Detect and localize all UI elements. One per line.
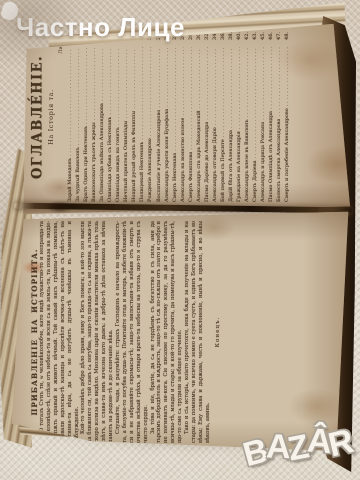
toc-entry-text: За Олимпіада мъйката Александрова [98, 103, 106, 202]
toc-entry-text: Рожденіе Александрово [146, 138, 154, 202]
toc-entry-text: Писмо Даріево до Александра [203, 122, 211, 202]
toc-entry-text: Болесть смертна Александрова [275, 119, 283, 202]
toc-entry-text: Смерть Даріева [251, 160, 259, 202]
toc-entry-text: Александръ ста царь Македонскій [195, 110, 203, 202]
toc-entry: Зарай Македонъ..........................… [66, 32, 74, 202]
toc-leader-dots: ........................................… [227, 47, 235, 128]
toc-entry: Вавилонскытъ трьсетъ жрецы..............… [90, 32, 98, 202]
body-paragraph: За то́ва и ніе, братіе, да сѧ не гордѣем… [150, 221, 185, 443]
toc-entry-text: За чудный Вавилонъ [74, 147, 82, 202]
toc-leader-dots: ........................................… [82, 47, 90, 124]
toc-entry: Нощный русый орелъ въ Филиппы...........… [130, 32, 138, 202]
toc-leader-dots: ........................................… [90, 47, 98, 120]
toc-entry-text: Бой первый съ Персите [219, 139, 227, 202]
toc-entry-text: Олимпіада виждъ на гонитъ [114, 127, 122, 202]
text-page: 160 ПРИБАВЛЕНІЕ НА ИСТОРІИТА. Ѿ тогазъ С… [10, 208, 350, 456]
gutter-stain [46, 201, 74, 213]
toc-entry-text: Смерть и погребеніе Александрово [283, 108, 291, 202]
toc-leader-dots: ........................................… [251, 47, 259, 158]
toc-entry: Олимпіада виждъ на гонитъ...............… [114, 32, 122, 202]
toc-entry-text: Александръ и царица Роксана [259, 122, 267, 202]
toc-entry-text: Писмо Олимпіадѣ отъ Александра [267, 111, 275, 202]
toc-entry: Олимпіада хубава съ Нектенавъ...........… [106, 32, 114, 202]
toc-entry: Александръ и царица Роксана.............… [259, 32, 267, 202]
toc-entry: Александръ отговори Дарію...............… [211, 32, 219, 202]
toc-entry: Воспитаніе и ученіе Александрово........… [155, 32, 163, 202]
toc-entry-text: Полицевый Нектенавъ [138, 142, 146, 202]
toc-leader-dots: ........................................… [283, 47, 291, 106]
toc-leader-dots: ........................................… [275, 47, 283, 117]
toc-entry-page: 42. [243, 32, 251, 45]
toc-leader-dots: ........................................… [259, 47, 267, 120]
toc-leader-dots: ........................................… [74, 47, 82, 145]
toc-leader-dots: ........................................… [130, 47, 138, 109]
toc-entry-page: 45. [259, 32, 267, 45]
text-page-content: 160 ПРИБАВЛЕНІЕ НА ИСТОРІИТА. Ѿ тогазъ С… [10, 208, 350, 456]
body-text: Ѿ тогазъ Сѵнъ ти, ѡ человѣколюбче, като … [39, 221, 212, 443]
toc-entry-text: Смерть Филиппова [187, 152, 195, 202]
toc-leader-dots: ........................................… [114, 47, 122, 125]
toc-leader-dots: ........................................… [98, 47, 106, 101]
toc-leader-dots: ........................................… [106, 47, 114, 115]
toc-entry-text: Нощный русый орелъ въ Филиппы [130, 111, 138, 202]
photo-scene: ОГЛАВЛЕ́НІЕ. На Історія та. Листъ. Зарай… [0, 0, 360, 480]
toc-header: ОГЛАВЛЕ́НІЕ. [29, 32, 45, 202]
watermark-private-person: Частно Лице [16, 12, 185, 43]
toc-leader-dots: ........................................… [219, 47, 227, 137]
toc-entry: Писмо Олимпіадѣ отъ Александра..........… [267, 32, 275, 202]
toc-leader-dots: ........................................… [138, 47, 146, 140]
toc-entry-page: 47. [275, 32, 283, 45]
toc-entry: Смерть и погребеніе Александрово........… [283, 32, 291, 202]
toc-page: ОГЛАВЛЕ́НІЕ. На Історія та. Листъ. Зарай… [20, 22, 350, 214]
toc-leader-dots: ........................................… [155, 47, 163, 108]
toc-entry-text: Воспитаніе и ученіе Александрово [155, 110, 163, 202]
toc-entry-text: Олимпіада хубава съ Нектенавъ [106, 117, 114, 202]
toc-leader-dots: ........................................… [187, 47, 195, 150]
toc-leader-dots: ........................................… [267, 47, 275, 109]
watermark-bazar-logo: BAZÂR [243, 423, 355, 471]
toc-entry: Смерть Нектенава........................… [171, 32, 179, 202]
toc-leader-dots: ........................................… [235, 47, 243, 129]
toc-entry: Дарій бѣга отъ Александра...............… [227, 32, 235, 202]
toc-entry: За чудный Вавилонъ......................… [74, 32, 82, 202]
toc-entry-page: 46. [267, 32, 275, 45]
toc-entry-text: Александръ укроти коня Буцефала [163, 109, 171, 202]
toc-entry-text: Смерть Нектенава [171, 153, 179, 202]
toc-entry-page: 40. [235, 32, 243, 45]
body-paragraph: Кой-то человѣкъ добро дѣло прави, нему и… [80, 221, 115, 443]
toc-entry-text: Нечтный приятель Олимпіады [122, 121, 130, 202]
toc-entry: Александръ на воинство излезе...........… [179, 32, 187, 202]
toc-entry: Писмо Даріево до Александра.............… [203, 32, 211, 202]
appendix-header: ПРИБАВЛЕНІЕ НА ИСТОРІИТА. [30, 221, 39, 443]
toc-entry-page: 36. [219, 32, 227, 45]
toc-page-content: ОГЛАВЛЕ́НІЕ. На Історія та. Листъ. Зарай… [20, 22, 350, 214]
toc-entry: Смерть Даріева..........................… [251, 32, 259, 202]
toc-leader-dots: ........................................… [179, 47, 187, 116]
toc-leader-dots: ........................................… [66, 47, 74, 156]
toc-entry-text: Александръ отговори Дарію [211, 127, 219, 202]
toc-leader-dots: ........................................… [163, 47, 171, 107]
toc-entry: Полицевый Нектенавъ.....................… [138, 32, 146, 202]
toc-entry: Александръ укроти коня Буцефала.........… [163, 32, 171, 202]
toc-leader-dots: ........................................… [195, 47, 203, 108]
toc-entry: Рожденіе Александрово...................… [146, 32, 154, 202]
toc-entry: Болесть смертна Александрова............… [275, 32, 283, 202]
toc-leader-dots: ........................................… [211, 47, 219, 125]
toc-entry-text: Братъ Одинъ при Нектенавъ [82, 126, 90, 202]
toc-entry-text: Дарій бѣга отъ Александра [227, 130, 235, 202]
toc-entry-text: Вавилонскытъ трьсетъ жрецы [90, 122, 98, 202]
toc-entry: Нечтный приятель Олимпіады..............… [122, 32, 130, 202]
ending-word: Конецъ. [215, 221, 221, 443]
toc-entry-text: Гражданіе на Александрія [235, 131, 243, 202]
toc-entry: Александръ ста царь Македонскій.........… [195, 32, 203, 202]
toc-entry-text: Александръ влезе въ Вавилонъ [243, 119, 251, 202]
body-paragraph: Ѿ тогазъ Сѵнъ ти, ѡ человѣколюбче, като … [39, 221, 80, 443]
body-paragraph: Слушайте, чада, и разумѣйте: страхъ Госп… [115, 221, 150, 443]
toc-entry: За Олимпіада мъйката Александрова.......… [98, 32, 106, 202]
toc-column-label: Листъ. [58, 36, 64, 202]
toc-entry-page: 43. [251, 32, 259, 45]
toc-leader-dots: ........................................… [203, 47, 211, 120]
toc-entry: Братъ Одинъ при Нектенавъ...............… [82, 32, 90, 202]
toc-leader-dots: ........................................… [171, 47, 179, 151]
toc-subtitle: На Історія та. [47, 32, 55, 202]
toc-entry-text: Зарай Македонъ [66, 158, 74, 202]
toc-entry: Гражданіе на Александрія................… [235, 32, 243, 202]
toc-entry-page: 38. [227, 32, 235, 45]
toc-leader-dots: ........................................… [243, 47, 251, 117]
toc-leader-dots: ........................................… [122, 47, 130, 119]
toc-entry: Бой первый съ Персите...................… [219, 32, 227, 202]
toc-entry: Смерть Филиппова........................… [187, 32, 195, 202]
toc-entry: Александръ влезе въ Вавилонъ............… [243, 32, 251, 202]
toc-leader-dots: ........................................… [146, 47, 154, 136]
toc-entry-text: Александръ на воинство излезе [179, 118, 187, 202]
toc-entry-page: 48. [283, 32, 291, 45]
toc-list: Зарай Македонъ..........................… [66, 32, 291, 202]
body-paragraph: Тако и сіѧ исторіѧ, коіато прочетохте, н… [184, 221, 212, 443]
toc-entry-page: 34. [211, 32, 219, 45]
